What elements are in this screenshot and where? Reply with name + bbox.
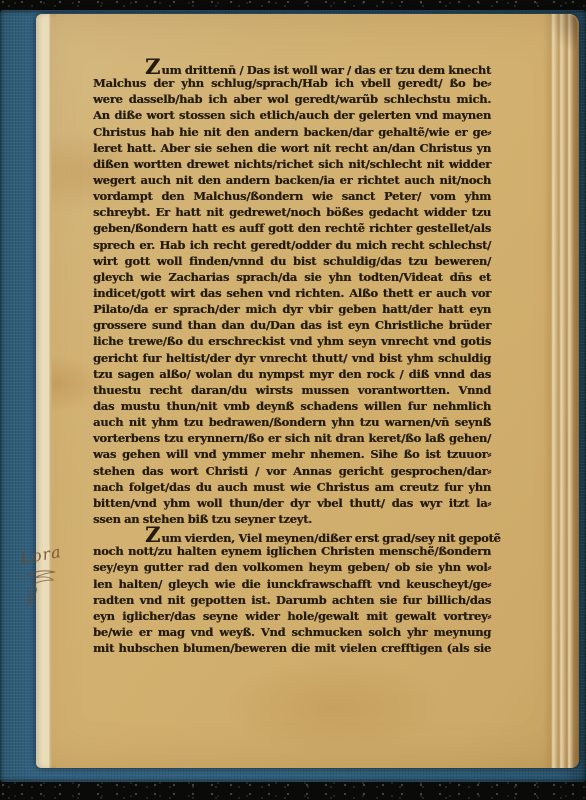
text-line: Christus hab hie nit den andern backen/d…: [93, 124, 491, 140]
text-line: vorterbens tzu erynnern/ßo er sich nit d…: [93, 430, 491, 446]
page-gutter-edge: [36, 14, 56, 768]
book-page: Zum drittenn̄ / Das ist woll war / das e…: [36, 14, 579, 768]
marginal-annotation-word: Lora: [19, 539, 79, 568]
text-line: Pilato/da er sprach/der mich dyr vbir ge…: [93, 301, 491, 317]
page-corner-curl: [533, 14, 577, 74]
text-line: wegert auch nit den andern backen/ia er …: [93, 172, 491, 188]
text-line: gericht fur heltist/der dyr vnrecht thut…: [93, 350, 491, 366]
text-line: liche trewe/ßo du erschreckist vnd yhm s…: [93, 333, 491, 349]
text-line: gleych wie Zacharias sprach/da sie yhn t…: [93, 269, 491, 285]
text-line: was gehen will vnd ymmer mehr nhemen. Si…: [93, 446, 491, 462]
text-line: sprech er. Hab ich recht geredt/odder du…: [93, 237, 491, 253]
text-line: tzu sagen alßo/ wolan du nympst myr den …: [93, 366, 491, 382]
text-line: wirt gott woll finden/vnnd du bist schul…: [93, 253, 491, 269]
text-line: grossere sund than dan du/Dan das ist ey…: [93, 317, 491, 333]
text-line: thuestu recht daran/du wirsts mussen vor…: [93, 382, 491, 398]
text-line: leret hatt. Aber sie sehen die wort nit …: [93, 140, 491, 156]
text-line: Malchus der yhn schlug/sprach/Hab ich vb…: [93, 75, 491, 91]
text-line: An diße wort stossen sich etlich/auch de…: [93, 107, 491, 123]
text-line: radten vnd nit gepotten ist. Darumb acht…: [93, 592, 491, 608]
stacked-page-edges: [543, 14, 579, 768]
text-line: Zum drittenn̄ / Das ist woll war / das e…: [93, 59, 491, 75]
text-line: dißen wortten drewet nichts/richet sich …: [93, 156, 491, 172]
text-line: eyn iglicher/das seyne wider hole/gewalt…: [93, 608, 491, 624]
text-line: mit hubschen blumen/beweren die mit viel…: [93, 640, 491, 656]
text-line: indicet/gott wirt das sehen vnd richten.…: [93, 285, 491, 301]
text-line: nach folget/das du auch must wie Christu…: [93, 479, 491, 495]
printed-text-block: Zum drittenn̄ / Das ist woll war / das e…: [93, 59, 491, 656]
text-line: geben/ßondern hatt es auff gott den rech…: [93, 220, 491, 236]
text-line: schreybt. Er hatt nit gedrewet/noch böße…: [93, 204, 491, 220]
text-line: be/wie er mag vnd weyß. Vnd schmucken so…: [93, 624, 491, 640]
text-line: das mustu thun/nit vmb deynß schadens wi…: [93, 398, 491, 414]
manicule-icon: [22, 565, 64, 611]
text-line: bitten/vnd yhm woll thun/der dyr vbel th…: [93, 495, 491, 511]
text-line: sey/eyn gutter rad den volkomen heym geb…: [93, 559, 491, 575]
text-line: stehen das wort Christi / vor Annas geri…: [93, 463, 491, 479]
handwritten-marginalia: Lora: [20, 544, 78, 622]
text-line: auch nit yhm tzu bedrawen/ßondern yhn tz…: [93, 414, 491, 430]
text-line: noch nott/zu halten eynem iglichen Chris…: [93, 543, 491, 559]
scanned-book-photo: Zum drittenn̄ / Das ist woll war / das e…: [0, 0, 586, 800]
text-line: vordampt den Malchus/ßondern wie sanct P…: [93, 188, 491, 204]
text-line: len halten/ gleych wie die iunckfrawscha…: [93, 576, 491, 592]
text-line: were dasselb/hab ich aber wol geredt/war…: [93, 91, 491, 107]
text-line: Zum vierden, Viel meynen/dißer erst grad…: [93, 527, 491, 543]
